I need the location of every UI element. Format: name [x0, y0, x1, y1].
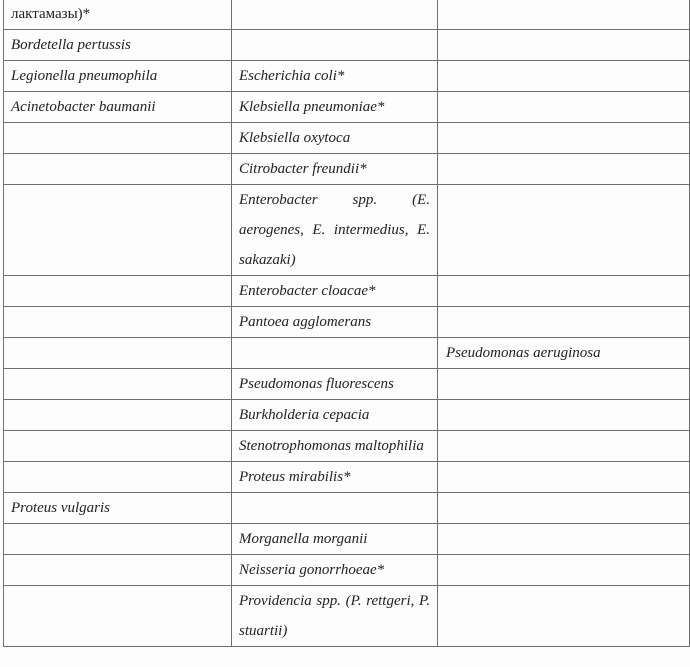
table-cell-col3: [438, 493, 690, 524]
table-cell-col3: [438, 123, 690, 154]
table-cell-col1: [4, 276, 232, 307]
table-row: Pseudomonas fluorescens: [4, 369, 690, 400]
table-cell-col1: [4, 400, 232, 431]
table-cell-col3: [438, 30, 690, 61]
table-cell-col2: [232, 338, 438, 369]
table-row: Klebsiella oxytoca: [4, 123, 690, 154]
table-row: Enterobacter cloacae*: [4, 276, 690, 307]
table-row: лактамазы)*: [4, 0, 690, 30]
table-cell-col1: Acinetobacter baumanii: [4, 92, 232, 123]
table-row: Bordetella pertussis: [4, 30, 690, 61]
table-cell-col1: Proteus vulgaris: [4, 493, 232, 524]
table-row: Legionella pneumophila Escherichia coli*: [4, 61, 690, 92]
table-cell-col2: Enterobacter spp. (E. aerogenes, E. inte…: [232, 185, 438, 276]
table-cell-col2: Burkholderia cepacia: [232, 400, 438, 431]
table-cell-col2: Pseudomonas fluorescens: [232, 369, 438, 400]
table-row: Providencia spp. (P. rettgeri, P. stuart…: [4, 586, 690, 647]
table-cell-col2: Providencia spp. (P. rettgeri, P. stuart…: [232, 586, 438, 647]
table-cell-col2: Klebsiella pneumoniae*: [232, 92, 438, 123]
table-cell-col1: [4, 524, 232, 555]
table-cell-col2: Neisseria gonorrhoeae*: [232, 555, 438, 586]
table-row: Pantoea agglomerans: [4, 307, 690, 338]
table-cell-col2: Stenotrophomonas maltophilia: [232, 431, 438, 462]
table-cell-col2: Proteus mirabilis*: [232, 462, 438, 493]
table-cell-col2: Morganella morganii: [232, 524, 438, 555]
table-cell-col3: [438, 369, 690, 400]
microorganism-table: лактамазы)* Bordetella pertussis Legione…: [3, 0, 690, 647]
table-cell-col3: [438, 524, 690, 555]
table-cell-col1: [4, 586, 232, 647]
table-row: Pseudomonas aeruginosa: [4, 338, 690, 369]
table-row: Burkholderia cepacia: [4, 400, 690, 431]
table-cell-col2: Escherichia coli*: [232, 61, 438, 92]
table-row: Proteus mirabilis*: [4, 462, 690, 493]
table-cell-col2: [232, 30, 438, 61]
table-cell-col3: [438, 555, 690, 586]
table-cell-col2: Citrobacter freundii*: [232, 154, 438, 185]
table-cell-col3: [438, 185, 690, 276]
table-row: Neisseria gonorrhoeae*: [4, 555, 690, 586]
table-cell-col1: Legionella pneumophila: [4, 61, 232, 92]
table-cell-col3: [438, 0, 690, 30]
table-cell-col3: [438, 307, 690, 338]
document-page: лактамазы)* Bordetella pertussis Legione…: [0, 0, 690, 667]
table-cell-col2: Klebsiella oxytoca: [232, 123, 438, 154]
table-cell-col2: [232, 0, 438, 30]
table-cell-col1: Bordetella pertussis: [4, 30, 232, 61]
table-cell-col1: лактамазы)*: [4, 0, 232, 30]
table-cell-col1: [4, 123, 232, 154]
table-row: Stenotrophomonas maltophilia: [4, 431, 690, 462]
table-cell-col1: [4, 338, 232, 369]
table-cell-col3: [438, 154, 690, 185]
table-cell-col3: [438, 276, 690, 307]
table-row: Morganella morganii: [4, 524, 690, 555]
table-row: Citrobacter freundii*: [4, 154, 690, 185]
table-cell-col2: Enterobacter cloacae*: [232, 276, 438, 307]
table-row: Enterobacter spp. (E. aerogenes, E. inte…: [4, 185, 690, 276]
table-row: Proteus vulgaris: [4, 493, 690, 524]
table-cell-col2: [232, 493, 438, 524]
table-cell-col1: [4, 555, 232, 586]
table-row: Acinetobacter baumanii Klebsiella pneumo…: [4, 92, 690, 123]
table-cell-col3: [438, 586, 690, 647]
table-cell-col3: [438, 61, 690, 92]
table-cell-col1: [4, 307, 232, 338]
table-cell-col2: Pantoea agglomerans: [232, 307, 438, 338]
table-cell-col1: [4, 431, 232, 462]
table-cell-col1: [4, 462, 232, 493]
table-cell-col3: [438, 462, 690, 493]
table-cell-col3: [438, 92, 690, 123]
table-cell-col1: [4, 154, 232, 185]
table-cell-col3: [438, 431, 690, 462]
table-cell-col3: [438, 400, 690, 431]
table-cell-col3: Pseudomonas aeruginosa: [438, 338, 690, 369]
table-cell-col1: [4, 185, 232, 276]
table-cell-col1: [4, 369, 232, 400]
